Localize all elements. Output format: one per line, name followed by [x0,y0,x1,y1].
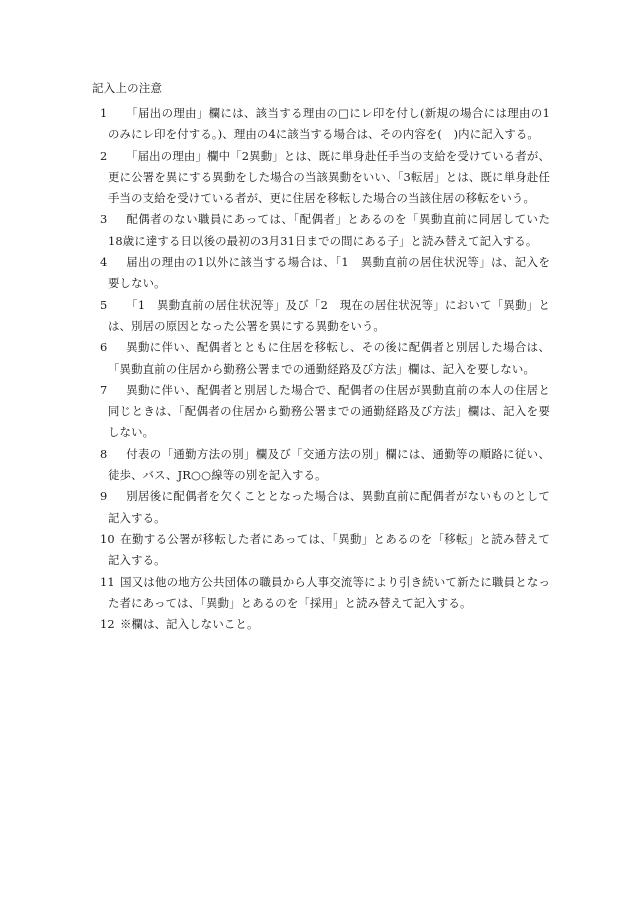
item-text: 届出の理由の1以外に該当する場合は、「1 異動直前の居住状況等」は、記入を要しな… [108,255,550,290]
item-number: 2 [100,146,126,167]
item-text: 異動に伴い、配偶者とともに住居を移転し、その後に配偶者と別居した場合は、「異動直… [108,340,550,375]
instruction-item: 10在勤する公署が移転した者にあっては、「異動」とあるのを「移転」と読み替えて記… [100,529,550,572]
item-number: 5 [100,295,126,316]
item-text: 国又は他の地方公共団体の職員から人事交流等により引き続いて新たに職員となった者に… [108,575,550,610]
item-number: 1 [100,103,126,124]
item-text: 異動に伴い、配偶者と別居した場合で、配偶者の住居が異動直前の本人の住居と同じとき… [108,383,550,440]
item-number: 6 [100,337,126,358]
instruction-item: 12※欄は、記入しないこと。 [100,614,550,635]
section-title: 記入上の注意 [92,80,162,96]
instruction-item: 4届出の理由の1以外に該当する場合は、「1 異動直前の居住状況等」は、記入を要し… [100,252,550,295]
instruction-list: 1「届出の理由」欄には、該当する理由の□にレ印を付し(新規の場合には理由の1のみ… [100,103,550,635]
item-text: 「届出の理由」欄中「2異動」とは、既に単身赴任手当の支給を受けている者が、更に公… [108,149,550,206]
item-number: 10 [100,529,120,550]
item-text: 「1 異動直前の居住状況等」及び「2 現在の居住状況等」において「異動」とは、別… [108,298,550,333]
item-number: 7 [100,380,126,401]
item-text: 配偶者のない職員にあっては、「配偶者」とあるのを「異動直前に同居していた18歳に… [108,212,550,247]
instruction-item: 1「届出の理由」欄には、該当する理由の□にレ印を付し(新規の場合には理由の1のみ… [100,103,550,146]
instruction-item: 2「届出の理由」欄中「2異動」とは、既に単身赴任手当の支給を受けている者が、更に… [100,146,550,210]
item-number: 3 [100,209,126,230]
instruction-item: 8付表の「通勤方法の別」欄及び「交通方法の別」欄には、通勤等の順路に従い、徒歩、… [100,444,550,487]
item-text: ※欄は、記入しないこと。 [120,617,259,631]
item-number: 4 [100,252,126,273]
document-page: 記入上の注意 1「届出の理由」欄には、該当する理由の□にレ印を付し(新規の場合に… [0,0,630,903]
instruction-item: 11国又は他の地方公共団体の職員から人事交流等により引き続いて新たに職員となった… [100,572,550,615]
item-number: 11 [100,572,120,593]
instruction-item: 7異動に伴い、配偶者と別居した場合で、配偶者の住居が異動直前の本人の住居と同じと… [100,380,550,444]
item-number: 9 [100,486,126,507]
item-number: 8 [100,444,126,465]
item-text: 別居後に配偶者を欠くこととなった場合は、異動直前に配偶者がないものとして記入する… [108,489,550,524]
instruction-item: 3配偶者のない職員にあっては、「配偶者」とあるのを「異動直前に同居していた18歳… [100,209,550,252]
instruction-item: 6異動に伴い、配偶者とともに住居を移転し、その後に配偶者と別居した場合は、「異動… [100,337,550,380]
item-text: 在勤する公署が移転した者にあっては、「異動」とあるのを「移転」と読み替えて記入す… [108,532,550,567]
item-text: 「届出の理由」欄には、該当する理由の□にレ印を付し(新規の場合には理由の1のみに… [108,106,550,141]
instruction-item: 9別居後に配偶者を欠くこととなった場合は、異動直前に配偶者がないものとして記入す… [100,486,550,529]
item-text: 付表の「通勤方法の別」欄及び「交通方法の別」欄には、通勤等の順路に従い、徒歩、バ… [108,447,550,482]
item-number: 12 [100,614,120,635]
instruction-item: 5「1 異動直前の居住状況等」及び「2 現在の居住状況等」において「異動」とは、… [100,295,550,338]
